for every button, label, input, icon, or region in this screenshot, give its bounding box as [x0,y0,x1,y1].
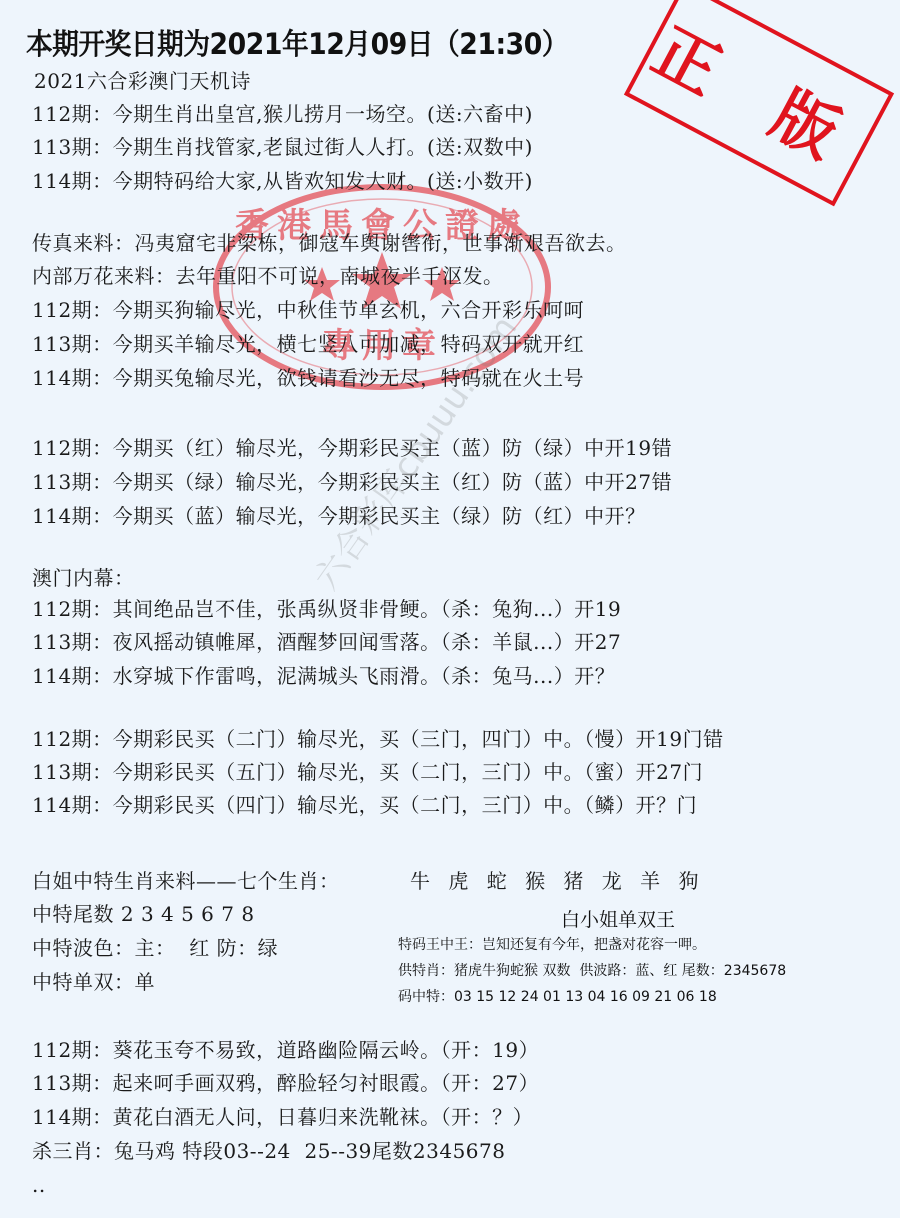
fax-line: 传真来料：冯夷窟宅非梁栋，御寇车舆谢辔衔，世事渐艰吾欲去。 [32,228,627,258]
page-title: 本期开奖日期为2021年12月09日（21:30） [26,22,568,63]
final-line: 112期：葵花玉夸不易致，道路幽险隔云岭。（开：19） [32,1035,539,1065]
door-line: 113期：今期彩民买（五门）输尽光，买（二门，三门）中。（蜜）开27门 [32,757,703,787]
box-line: 特码王中王：岂知还复有今年，把盏对花容一呷。 [398,932,898,958]
fax-line: 113期：今期买羊输尽光，横七竖八可加减，特码双开就开红 [32,329,584,359]
odd-even: 中特单双：单 [32,967,155,997]
stamp-label: 正 版 [639,1,878,187]
color-line: 114期：今期买（蓝）输尽光，今期彩民买主（绿）防（红）中开？ [32,501,646,531]
zodiac-list: 牛 虎 蛇 猴 猪 龙 羊 狗 [410,866,705,896]
color-line: 112期：今期买（红）输尽光，今期彩民买主（蓝）防（绿）中开19错 [32,433,672,463]
poem-line: 113期：今期生肖找管家,老鼠过街人人打。(送:双数中) [32,132,533,162]
poem-line: 114期：今期特码给大家,从皆欢知发大财。(送:小数开) [32,166,533,196]
door-line: 114期：今期彩民买（四门）输尽光，买（二门，三门）中。（鳞）开？门 [32,790,697,820]
macau-line: 113期：夜风摇动镇帷犀，酒醒梦回闻雪落。（杀：羊鼠...）开27 [32,627,621,657]
macau-heading: 澳门内幕： [32,563,135,593]
poem-line: 112期：今期生肖出皇宫,猴儿捞月一场空。(送:六畜中) [32,99,533,129]
tail-numbers: 中特尾数 2 3 4 5 6 7 8 [32,899,255,929]
color-line: 113期：今期买（绿）输尽光，今期彩民买主（红）防（蓝）中开27错 [32,467,672,497]
final-line: 114期：黄花白酒无人问，日暮归来洗靴袜。（开：？） [32,1102,533,1132]
genuine-stamp: 正 版 [624,0,894,206]
box-line: 供特肖：猪虎牛狗蛇猴 双数 供波路：蓝、红 尾数：2345678 [398,958,898,984]
door-line: 112期：今期彩民买（二门）输尽光，买（三门，四门）中。（慢）开19门错 [32,724,724,754]
macau-line: 114期：水穿城下作雷鸣，泥满城头飞雨滑。（杀：兔马...）开？ [32,661,615,691]
fax-line: 114期：今期买兔输尽光，欲钱请看沙无尽，特码就在火土号 [32,363,584,393]
fax-line: 内部万花来料：去年重阳不可说，南城夜半千沤发。 [32,261,504,291]
trailing-dots: .. [32,1170,46,1200]
box-line: 码中特：03 15 12 24 01 13 04 16 09 21 06 18 [398,984,898,1010]
box-title: 白小姐单双王 [338,905,898,932]
final-line: 113期：起来呵手画双鸦，醉脸轻匀衬眼霞。（开：27） [32,1068,539,1098]
kill-three: 杀三肖：兔马鸡 特段03--24 25--39尾数2345678 [32,1136,505,1166]
baijie-heading: 白姐中特生肖来料——七个生肖： [32,866,340,896]
wave-color: 中特波色：主： 红 防：绿 [32,933,278,963]
fax-line: 112期：今期买狗输尽光，中秋佳节单玄机，六合开彩乐呵呵 [32,295,584,325]
miss-bai-box: 白小姐单双王 特码王中王：岂知还复有今年，把盏对花容一呷。 供特肖：猪虎牛狗蛇猴… [398,905,898,1010]
subtitle: 2021六合彩澳门天机诗 [34,66,251,96]
macau-line: 112期：其间绝品岂不佳，张禹纵贤非骨鲠。（杀：兔狗...）开19 [32,594,621,624]
